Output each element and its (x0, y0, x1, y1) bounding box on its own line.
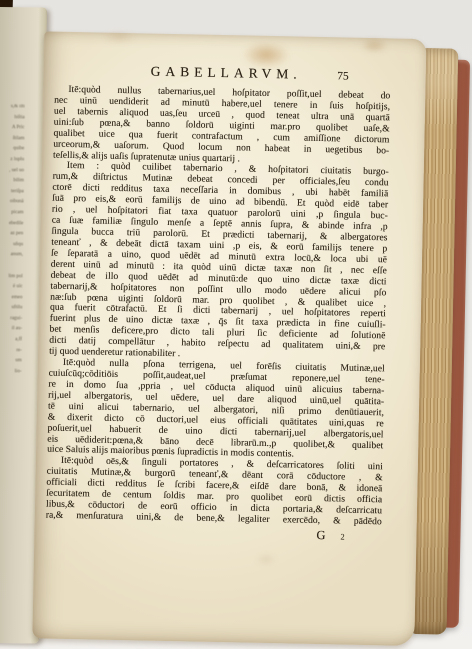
foxing-stain (242, 41, 291, 68)
fragment-line: uñqu (0, 240, 23, 251)
fragment-line: bilim (0, 176, 24, 187)
fragment-line: a,ff (0, 335, 22, 346)
running-title: GABELLARVM. (151, 64, 302, 83)
fragment-line: teriſpa (0, 187, 24, 198)
fragment-line: , uel uo (0, 166, 24, 177)
body-text: Itē:quòd nullus tabernarius,uel hoſpitat… (46, 85, 391, 529)
folio-number: 75 (337, 70, 349, 82)
book: GABELLARVM. 75 Itē:quòd nullus tabernari… (30, 27, 470, 649)
fragment-line: re- (0, 346, 22, 357)
fragment-line: az pen (0, 229, 23, 240)
fragment-line: z luplu (0, 155, 24, 166)
fragment-line: ebedile (0, 219, 23, 230)
fragment-line: anum, (0, 250, 23, 261)
fragment-line: emeo (0, 293, 23, 304)
fragment-line: ſtilam (0, 134, 24, 145)
page-header: GABELLARVM. 75 (55, 62, 391, 87)
fragment-line: ē uīc (0, 282, 23, 293)
foxing-stain (102, 31, 136, 44)
fragment-line: A Prīc (0, 123, 25, 134)
fragment-line: quibe (0, 144, 24, 155)
fragment-line: oibunā (0, 197, 24, 208)
fragment-line: picam (0, 208, 24, 219)
main-page: GABELLARVM. 75 Itē:quòd nullus tabernari… (32, 31, 426, 646)
fragment-line: lim pol (0, 271, 23, 282)
fragment-line: ragui- (0, 314, 22, 325)
fragment-line: il au- (0, 324, 22, 335)
fragment-line: um (0, 356, 22, 367)
text-block: GABELLARVM. 75 Itē:quòd nullus tabernari… (45, 62, 390, 545)
foxing-stain (360, 38, 388, 54)
facing-page-text-fragments: s,& iſtihiſtiaA Prīcſtilamquibez luplu, … (0, 102, 25, 378)
foxing-stain (256, 554, 276, 565)
fragment-line: hiſtia (0, 113, 25, 124)
signature-letter: G (316, 528, 325, 543)
signature-number: 2 (340, 531, 344, 541)
fragment-line: s,& iſti (0, 102, 25, 113)
photo-backdrop: s,& iſtihiſtiaA Prīcſtilamquibez luplu, … (0, 0, 472, 649)
fragment-line: lio- (0, 367, 22, 378)
fragment-line (0, 261, 23, 272)
fragment-line: uftilu (0, 303, 22, 314)
